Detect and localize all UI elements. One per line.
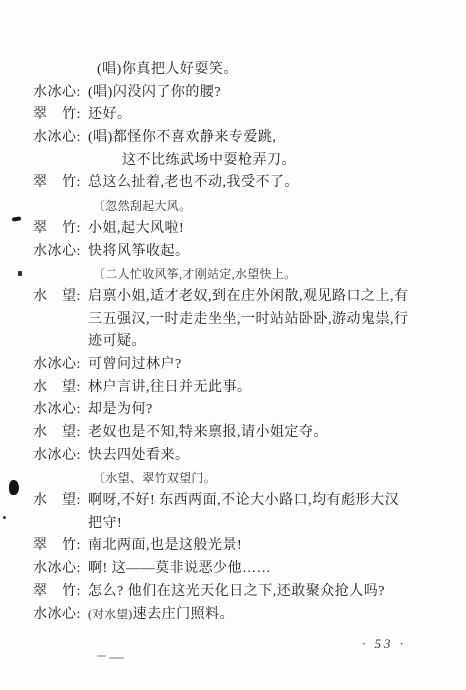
dialogue-text: 林户言讲,往日并无此事。 [88, 380, 252, 395]
script-line: 〔水望、翠竹双望门。 [93, 467, 466, 490]
speaker-name: 水冰心: [33, 82, 88, 105]
ink-smudge [9, 480, 19, 495]
script-line: 水冰心:快去四处看来。 [33, 445, 466, 468]
dialogue-text: 老奴也是不知,特来禀报,请小姐定夺。 [88, 425, 328, 440]
speaker-name: 翠 竹: [33, 218, 88, 241]
dialogue-text: 怎么? 他们在这光天化日之下,还敢聚众抢人吗? [88, 584, 385, 599]
speaker-name: 水冰心: [33, 399, 88, 422]
ink-smudge [12, 216, 21, 221]
dialogue-text: 快将风筝收起。 [88, 244, 190, 259]
script-line: 翠 竹:总这么扯着,老也不动,我受不了。 [33, 172, 466, 195]
stage-direction-text: 〔水望、翠竹双望门。 [93, 471, 216, 485]
script-line: 迹可疑。 [88, 331, 466, 354]
dialogue-text: 小姐,起大风啦! [88, 221, 184, 236]
script-line: 翠 竹:还好。 [33, 104, 466, 127]
dialogue-text: 啊! 这——莫非说恶少他…… [88, 561, 271, 576]
script-line: 水 望:启禀小姐,适才老奴,到在庄外闲散,观见路口之上,有 [33, 286, 466, 309]
script-line: 水 望:啊呀,不好! 东西两面,不论大小路口,均有彪形大汉 [33, 490, 466, 513]
script-lines: (唱)你真把人好耍笑。水冰心:(唱)闪没闪了你的腰?翠 竹:还好。水冰心:(唱)… [33, 59, 466, 626]
dialogue-text: 南北两面,也是这般光景! [88, 538, 242, 553]
dialogue-text: 快去四处看来。 [88, 448, 190, 463]
speaker-name: 翠 竹: [33, 104, 88, 127]
speaker-name: 水冰心: [33, 558, 88, 581]
speaker-name: 翠 竹: [33, 581, 88, 604]
stage-parenthetical: (对水望) [88, 609, 133, 621]
speaker-name: 水冰心: [33, 604, 88, 627]
dialogue-text: 总这么扯着,老也不动,我受不了。 [88, 175, 299, 190]
script-line: 水冰心:却是为何? [33, 399, 466, 422]
script-line: 水冰心:可曾问过林户? [33, 354, 466, 377]
script-line: 三五强汉,一时走走坐坐,一时站站卧卧,游动鬼祟,行 [88, 309, 466, 332]
speaker-name: 水冰心: [33, 127, 88, 150]
script-line: 水 望:老奴也是不知,特来禀报,请小姐定夺。 [33, 422, 466, 445]
bleed-through-mark [97, 655, 106, 657]
scanned-script-page: (唱)你真把人好耍笑。水冰心:(唱)闪没闪了你的腰?翠 竹:还好。水冰心:(唱)… [0, 0, 466, 690]
speaker-name: 翠 竹: [33, 535, 88, 558]
stage-direction-text: 〔二人忙收风筝,才刚站定,水望快上。 [93, 267, 296, 281]
dialogue-text: 可曾问过林户? [88, 357, 182, 372]
script-line: 〔忽然刮起大风。 [93, 195, 466, 218]
dialogue-text: 速去庄门照料。 [133, 607, 235, 622]
speaker-name: 翠 竹: [33, 172, 88, 195]
script-line: 水冰心:(唱)闪没闪了你的腰? [33, 82, 466, 105]
dialogue-text: 启禀小姐,适才老奴,到在庄外闲散,观见路口之上,有 [88, 289, 409, 304]
speaker-name: 水冰心: [33, 241, 88, 264]
dialogue-text: 迹可疑。 [88, 334, 146, 349]
script-line: (唱)你真把人好耍笑。 [97, 59, 466, 82]
speaker-name: 水 望: [33, 490, 88, 513]
dialogue-text: 这不比练武场中耍枪弄刀。 [122, 153, 296, 168]
dialogue-text: 三五强汉,一时走走坐坐,一时站站卧卧,游动鬼祟,行 [88, 312, 409, 327]
script-line: 水冰心:(对水望)速去庄门照料。 [33, 604, 466, 627]
speaker-name: 水 望: [33, 286, 88, 309]
ink-smudge [18, 271, 22, 276]
script-line: 水冰心:啊! 这——莫非说恶少他…… [33, 558, 466, 581]
speaker-name: 水冰心: [33, 354, 88, 377]
script-line: 水冰心:(唱)都怪你不喜欢静来专爱跳, [33, 127, 466, 150]
script-line: 这不比练武场中耍枪弄刀。 [122, 150, 466, 173]
dialogue-text: (唱)你真把人好耍笑。 [97, 62, 238, 77]
ink-smudge [3, 516, 6, 519]
speaker-name: 水 望: [33, 422, 88, 445]
script-line: 水冰心:快将风筝收起。 [33, 241, 466, 264]
script-line: 翠 竹:南北两面,也是这般光景! [33, 535, 466, 558]
dialogue-text: (唱)都怪你不喜欢静来专爱跳, [88, 130, 276, 145]
dialogue-text: 把守! [88, 516, 122, 531]
script-line: 翠 竹:怎么? 他们在这光天化日之下,还敢聚众抢人吗? [33, 581, 466, 604]
dialogue-text: (唱)闪没闪了你的腰? [88, 85, 221, 100]
page-number: · 53 · [362, 636, 406, 652]
speaker-name: 水冰心: [33, 445, 88, 468]
script-line: 水 望:林户言讲,往日并无此事。 [33, 377, 466, 400]
script-line: 翠 竹:小姐,起大风啦! [33, 218, 466, 241]
bleed-through-mark [109, 657, 124, 659]
dialogue-text: 还好。 [88, 107, 132, 122]
speaker-name: 水 望: [33, 377, 88, 400]
script-line: 把守! [88, 513, 466, 536]
script-line: 〔二人忙收风筝,才刚站定,水望快上。 [93, 263, 466, 286]
dialogue-text: 却是为何? [88, 402, 153, 417]
stage-direction-text: 〔忽然刮起大风。 [93, 199, 191, 213]
dialogue-text: 啊呀,不好! 东西两面,不论大小路口,均有彪形大汉 [88, 493, 399, 508]
